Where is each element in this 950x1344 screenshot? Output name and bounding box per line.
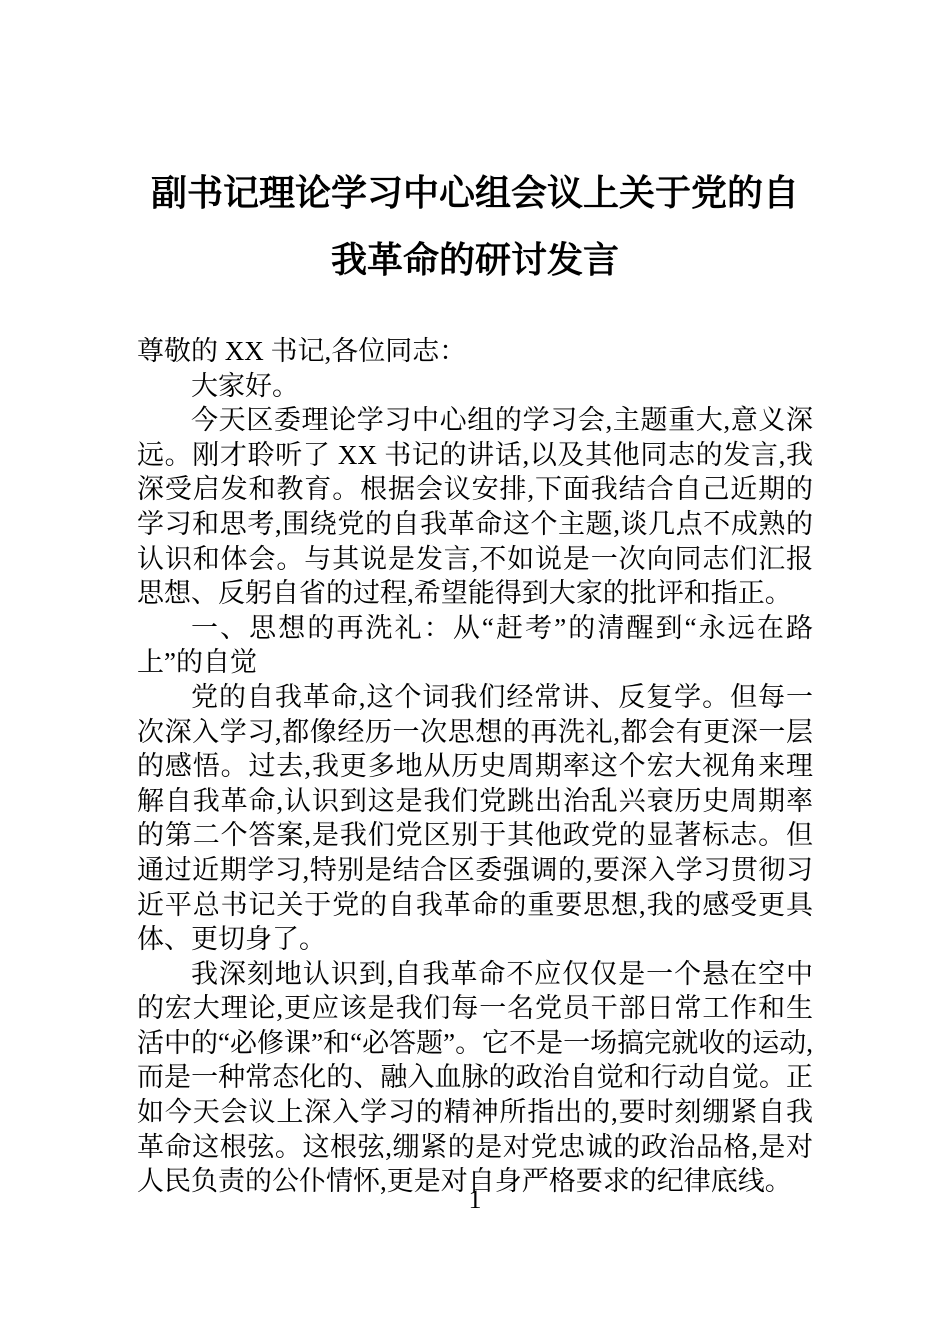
paragraph: 今天区委理论学习中心组的学习会,主题重大,意义深远。刚才聆听了 XX 书记的讲话…	[137, 403, 813, 611]
page-footer: 1	[0, 1185, 950, 1215]
paragraph: 我深刻地认识到,自我革命不应仅仅是一个悬在空中的宏大理论,更应该是我们每一名党员…	[137, 957, 813, 1199]
paragraph: 大家好。	[137, 369, 813, 404]
paragraph: 党的自我革命,这个词我们经常讲、反复学。但每一次深入学习,都像经历一次思想的再洗…	[137, 680, 813, 957]
paragraph: 尊敬的 XX 书记,各位同志：	[137, 334, 813, 369]
document-body: 尊敬的 XX 书记,各位同志：大家好。今天区委理论学习中心组的学习会,主题重大,…	[137, 334, 813, 1199]
page-number: 1	[469, 1185, 482, 1214]
paragraph: 一、思想的再洗礼：从“赶考”的清醒到“永远在路上”的自觉	[137, 611, 813, 680]
document-title: 副书记理论学习中心组会议上关于党的自我革命的研讨发言	[144, 160, 806, 294]
document-page: 副书记理论学习中心组会议上关于党的自我革命的研讨发言 尊敬的 XX 书记,各位同…	[0, 0, 950, 1344]
